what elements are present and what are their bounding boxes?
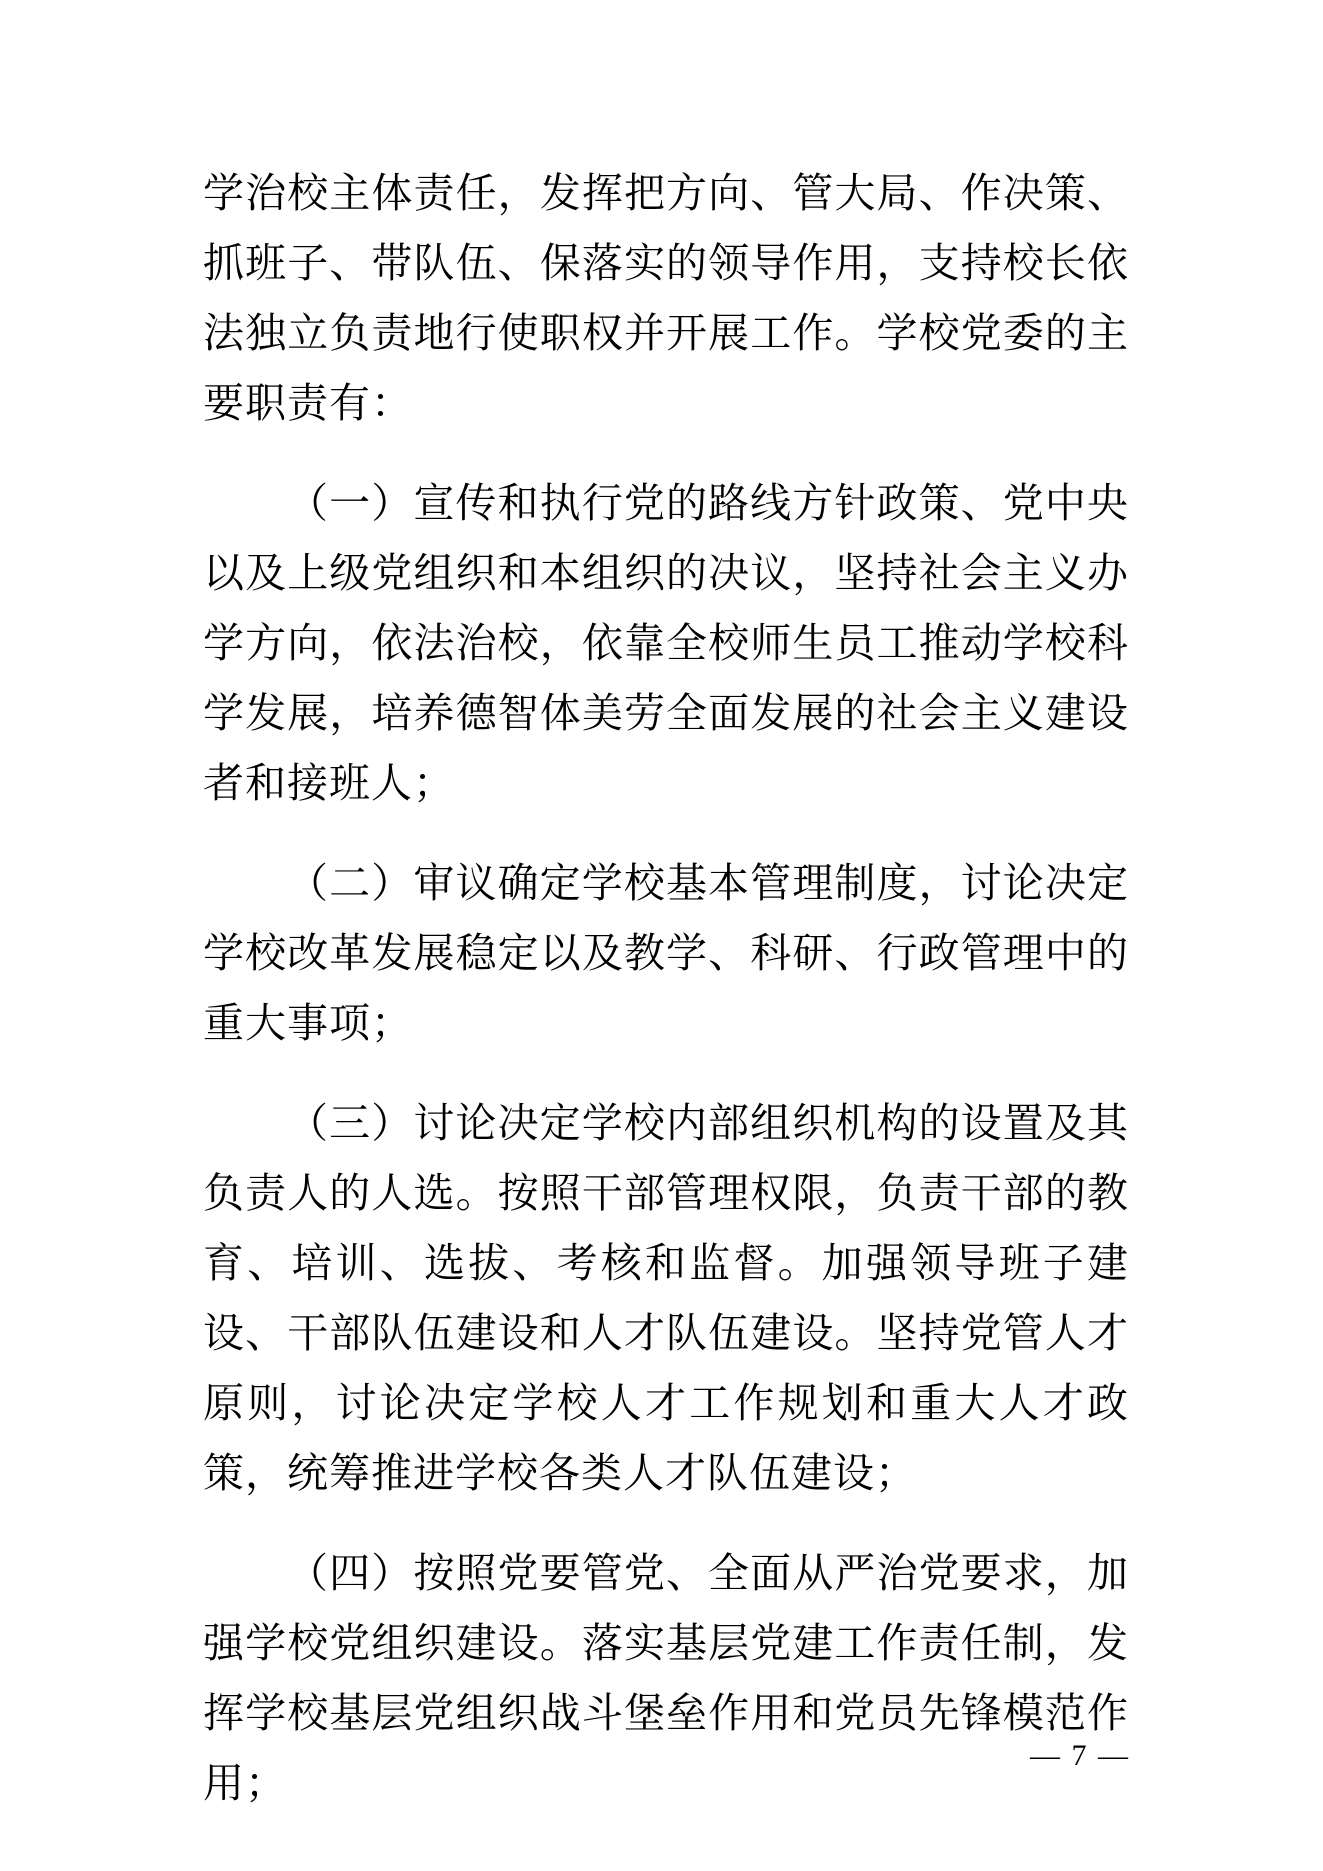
- paragraph-continuation: 学治校主体责任，发挥把方向、管大局、作决策、抓班子、带队伍、保落实的领导作用，支…: [203, 158, 1129, 438]
- page-number: — 7 —: [1030, 1738, 1130, 1774]
- paragraph-duty-1: （一）宣传和执行党的路线方针政策、党中央以及上级党组织和本组织的决议，坚持社会主…: [203, 468, 1129, 818]
- paragraph-duty-3: （三）讨论决定学校内部组织机构的设置及其负责人的人选。按照干部管理权限，负责干部…: [203, 1088, 1129, 1508]
- document-page: 学治校主体责任，发挥把方向、管大局、作决策、抓班子、带队伍、保落实的领导作用，支…: [0, 0, 1323, 1871]
- paragraph-duty-4: （四）按照党要管党、全面从严治党要求，加强学校党组织建设。落实基层党建工作责任制…: [203, 1538, 1129, 1818]
- paragraph-duty-2: （二）审议确定学校基本管理制度，讨论决定学校改革发展稳定以及教学、科研、行政管理…: [203, 848, 1129, 1058]
- document-body: 学治校主体责任，发挥把方向、管大局、作决策、抓班子、带队伍、保落实的领导作用，支…: [203, 158, 1129, 1818]
